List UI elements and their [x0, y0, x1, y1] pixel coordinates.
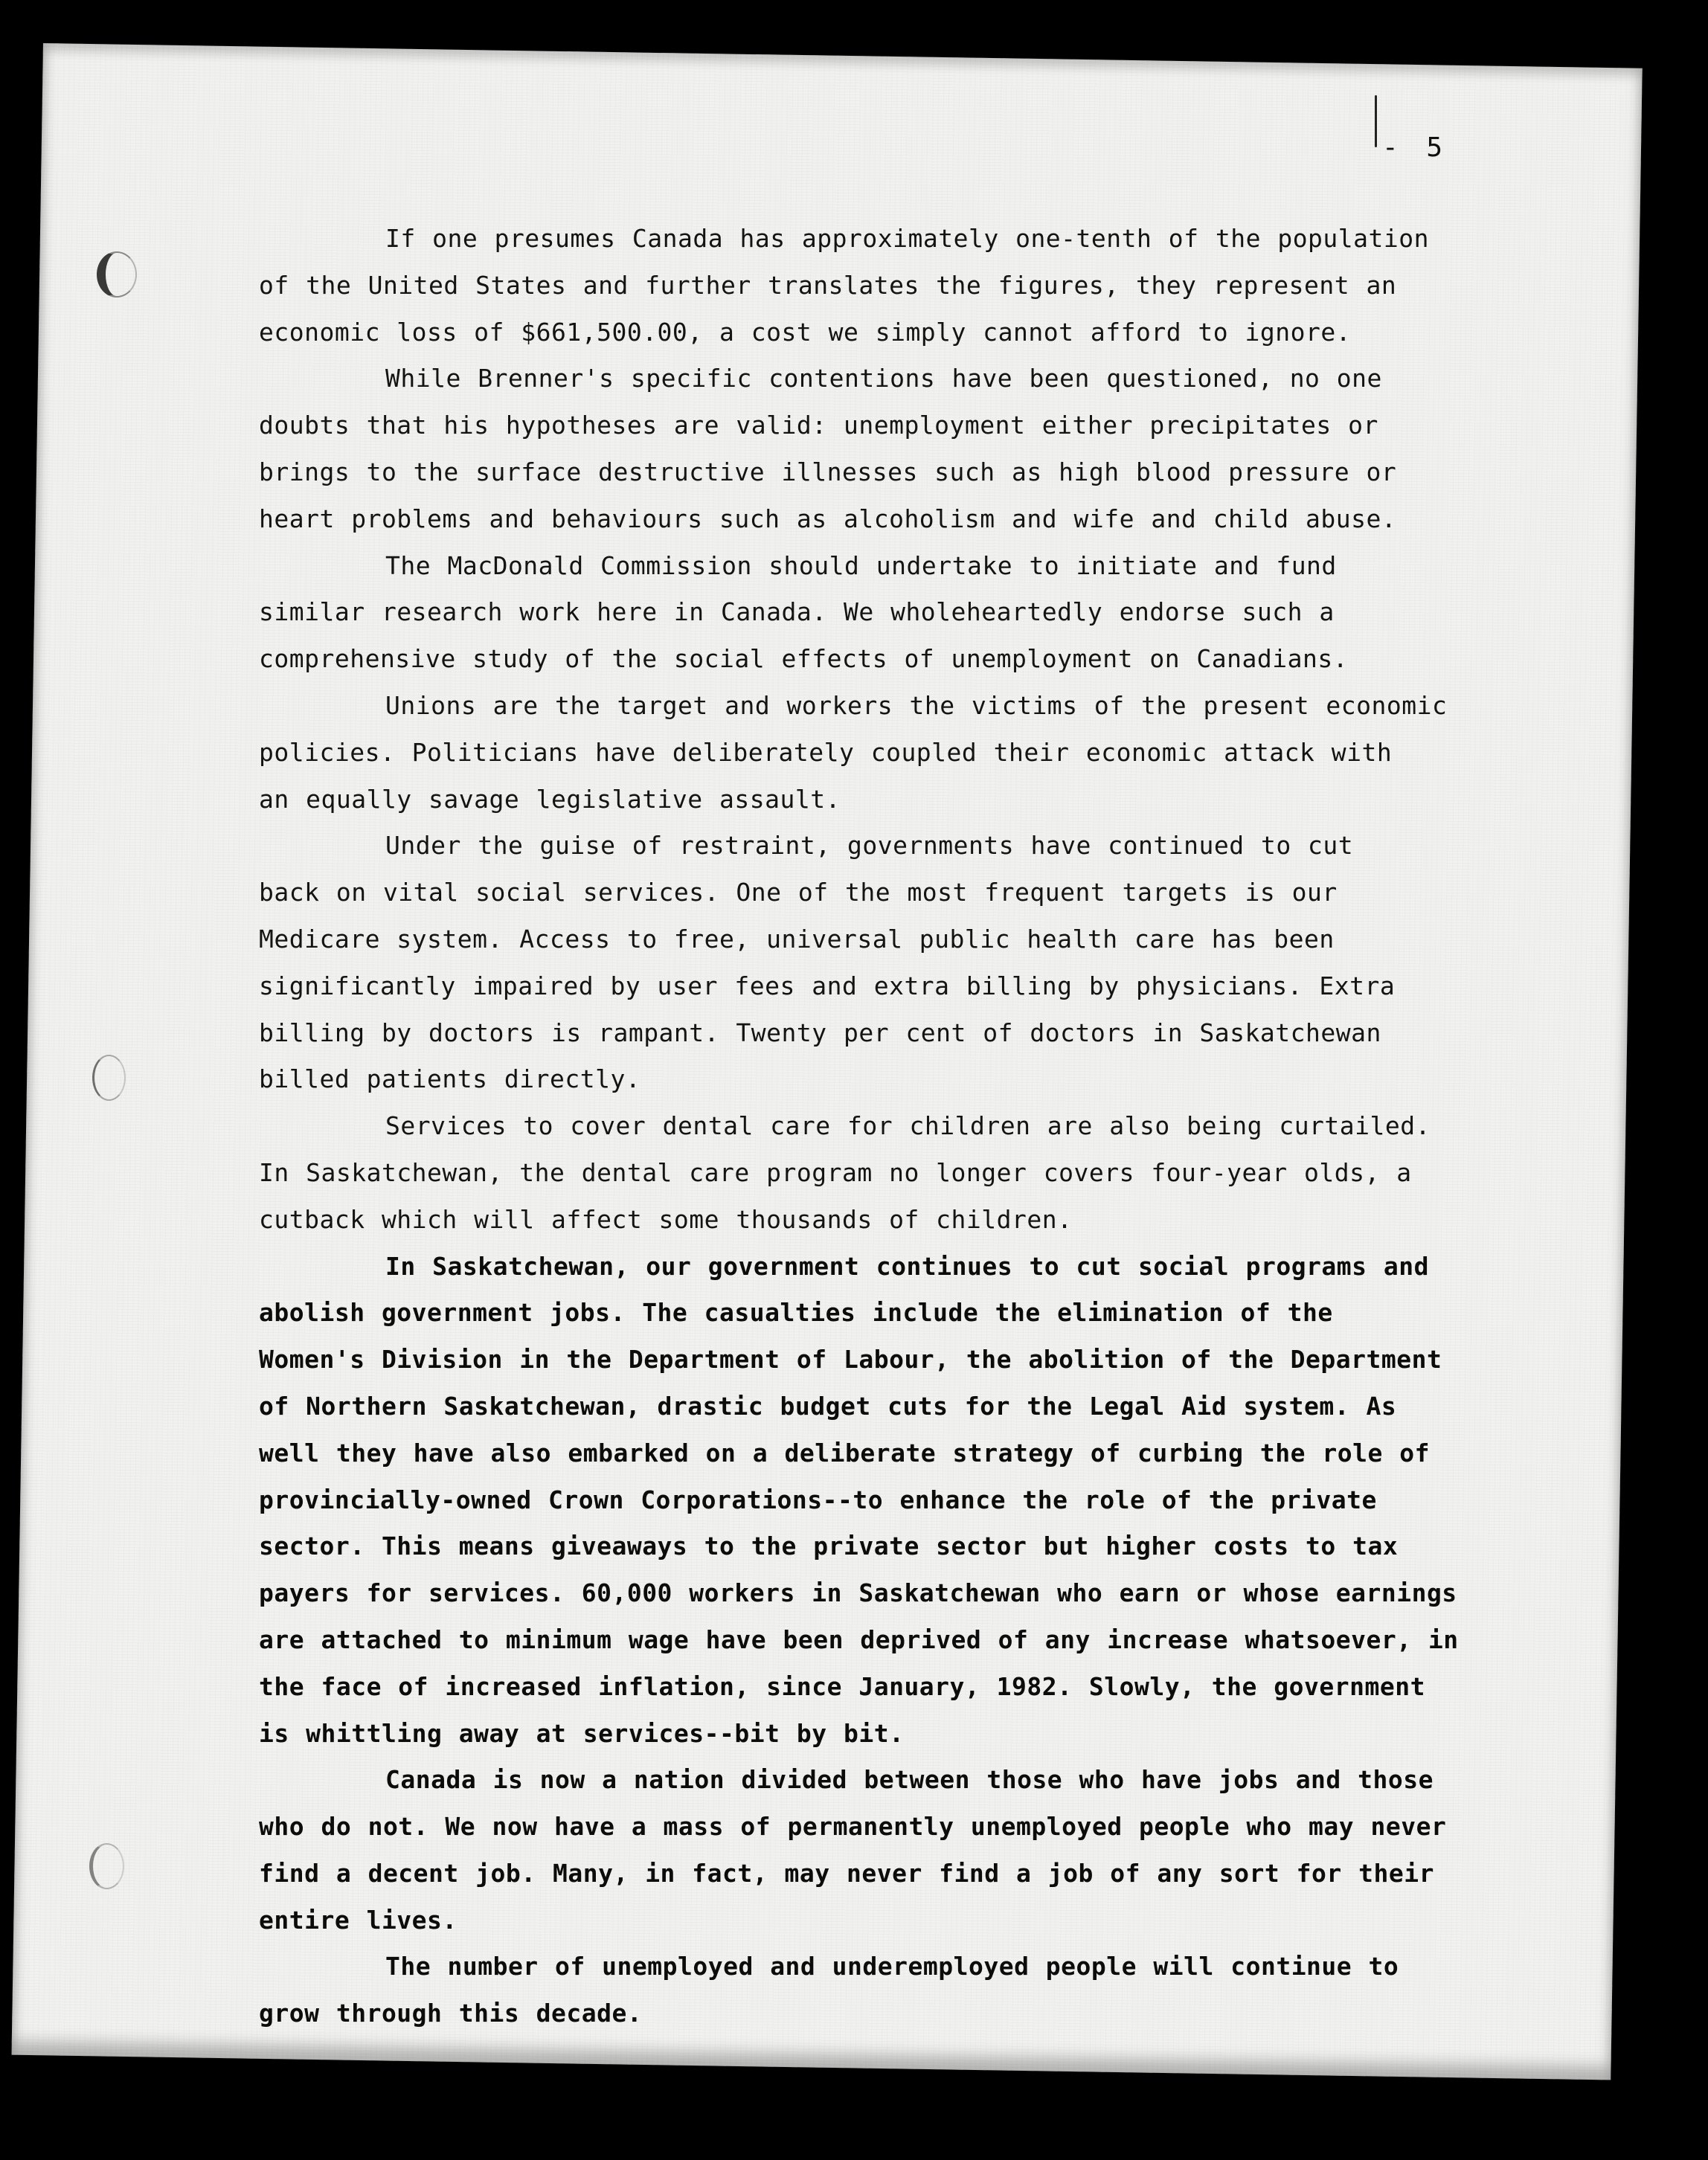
text-line: While Brenner's specific contentions hav…	[259, 356, 1553, 402]
paragraph-brenner: While Brenner's specific contentions hav…	[259, 356, 1553, 542]
text-line: entire lives.	[259, 1897, 1553, 1944]
text-line: billing by doctors is rampant. Twenty pe…	[259, 1010, 1553, 1057]
page-number: - 5	[1382, 132, 1448, 163]
text-line: back on vital social services. One of th…	[259, 870, 1553, 916]
text-line: Under the guise of restraint, government…	[259, 823, 1553, 870]
text-line: are attached to minimum wage have been d…	[259, 1617, 1553, 1664]
text-line: of the United States and further transla…	[259, 263, 1553, 309]
text-line: comprehensive study of the social effect…	[259, 636, 1553, 683]
paragraph-saskatchewan-cuts: In Saskatchewan, our government continue…	[259, 1244, 1553, 1758]
text-line: cutback which will affect some thousands…	[259, 1197, 1553, 1244]
text-line: In Saskatchewan, the dental care program…	[259, 1150, 1553, 1197]
paragraph-restraint-medicare: Under the guise of restraint, government…	[259, 823, 1553, 1103]
document-body: If one presumes Canada has approximately…	[259, 216, 1553, 2037]
text-line: Unions are the target and workers the vi…	[259, 683, 1553, 730]
text-line: policies. Politicians have deliberately …	[259, 730, 1553, 777]
text-line: well they have also embarked on a delibe…	[259, 1430, 1553, 1477]
text-line: If one presumes Canada has approximately…	[259, 216, 1553, 263]
text-line: The number of unemployed and underemploy…	[259, 1944, 1553, 1990]
paragraph-unions: Unions are the target and workers the vi…	[259, 683, 1553, 823]
text-line: significantly impaired by user fees and …	[259, 963, 1553, 1010]
paragraph-dental-care: Services to cover dental care for childr…	[259, 1103, 1553, 1243]
text-line: similar research work here in Canada. We…	[259, 589, 1553, 636]
text-line: payers for services. 60,000 workers in S…	[259, 1570, 1553, 1617]
text-line: provincially-owned Crown Corporations--t…	[259, 1477, 1553, 1524]
punch-hole-icon	[92, 1055, 126, 1101]
page-content: - 5 If one presumes Canada has approxima…	[43, 43, 1643, 2055]
text-line: doubts that his hypotheses are valid: un…	[259, 402, 1553, 449]
punch-hole-icon	[89, 1843, 124, 1889]
text-line: abolish government jobs. The casualties …	[259, 1290, 1553, 1337]
paragraph-unemployed-growth: The number of unemployed and underemploy…	[259, 1944, 1553, 2037]
text-line: grow through this decade.	[259, 1990, 1553, 2037]
text-line: find a decent job. Many, in fact, may ne…	[259, 1851, 1553, 1897]
text-line: billed patients directly.	[259, 1056, 1553, 1103]
text-line: Canada is now a nation divided between t…	[259, 1757, 1553, 1804]
text-line: heart problems and behaviours such as al…	[259, 496, 1553, 543]
margin-pencil-mark	[1375, 95, 1377, 147]
paragraph-macdonald-commission: The MacDonald Commission should undertak…	[259, 543, 1553, 683]
text-line: Services to cover dental care for childr…	[259, 1103, 1553, 1150]
text-line: Medicare system. Access to free, univers…	[259, 916, 1553, 963]
text-line: In Saskatchewan, our government continue…	[259, 1244, 1553, 1290]
paragraph-nation-divided: Canada is now a nation divided between t…	[259, 1757, 1553, 1944]
scanned-page: - 5 If one presumes Canada has approxima…	[12, 43, 1643, 2080]
text-line: brings to the surface destructive illnes…	[259, 449, 1553, 496]
text-line: of Northern Saskatchewan, drastic budget…	[259, 1383, 1553, 1430]
text-line: sector. This means giveaways to the priv…	[259, 1523, 1553, 1570]
text-line: The MacDonald Commission should undertak…	[259, 543, 1553, 590]
text-line: an equally savage legislative assault.	[259, 777, 1553, 823]
text-line: Women's Division in the Department of La…	[259, 1337, 1553, 1383]
text-line: economic loss of $661,500.00, a cost we …	[259, 309, 1553, 356]
paragraph-economic-loss: If one presumes Canada has approximately…	[259, 216, 1553, 356]
text-line: is whittling away at services--bit by bi…	[259, 1711, 1553, 1758]
text-line: the face of increased inflation, since J…	[259, 1664, 1553, 1711]
punch-hole-icon	[97, 251, 137, 298]
text-line: who do not. We now have a mass of perman…	[259, 1804, 1553, 1851]
